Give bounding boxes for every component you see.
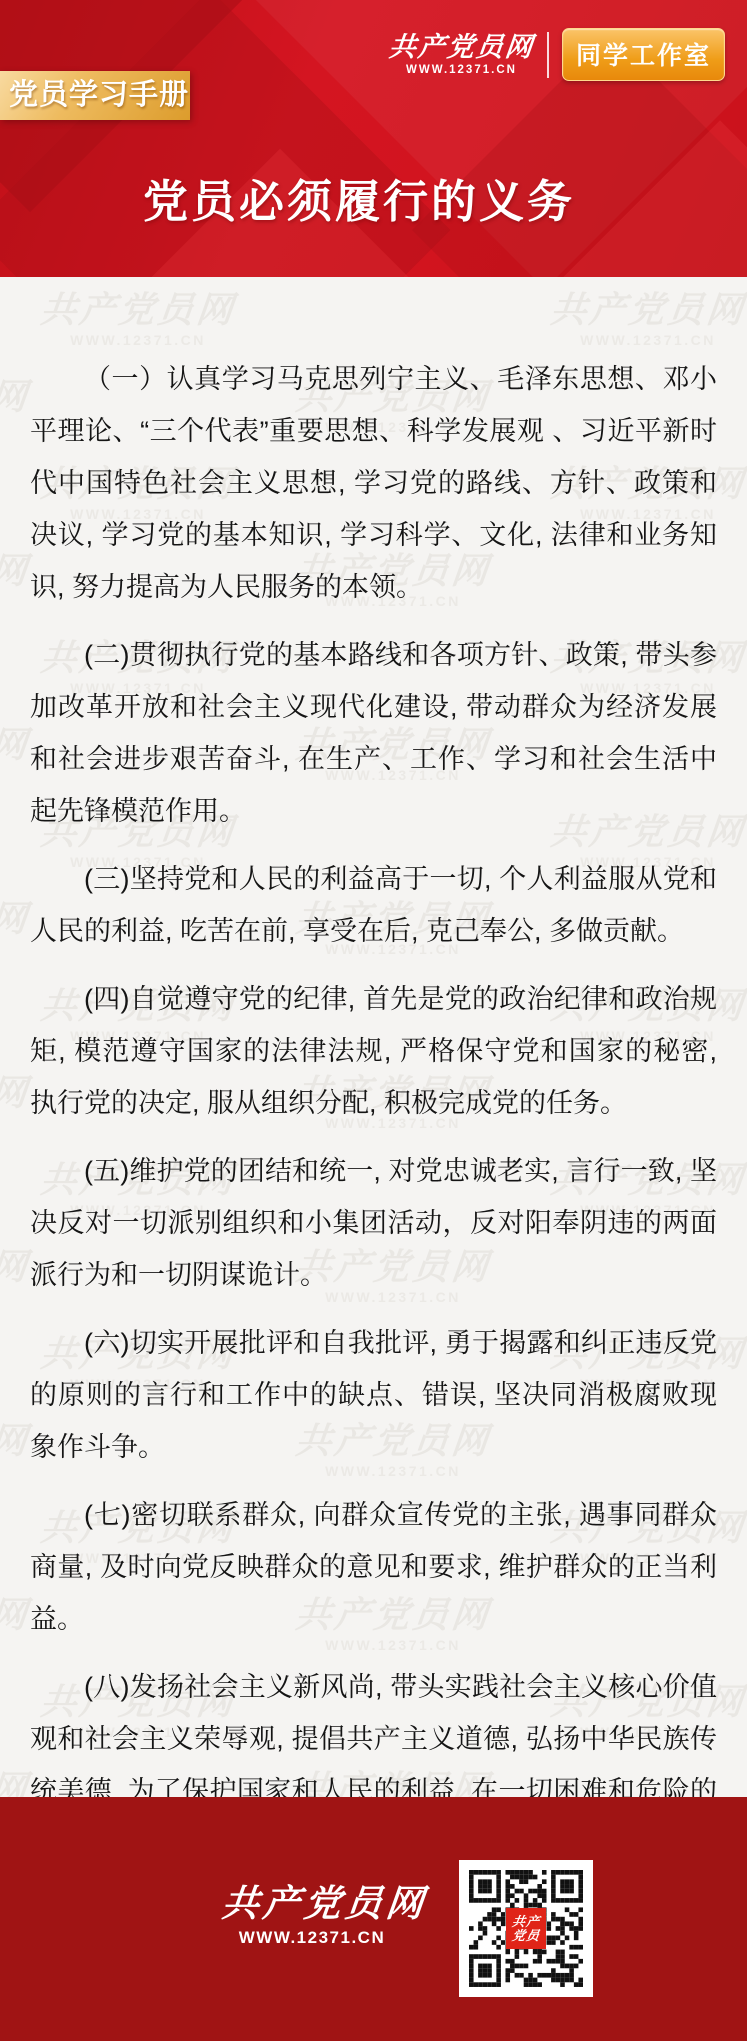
site-logo-url: WWW.12371.CN	[389, 64, 534, 76]
obligation-paragraph-1: （一）认真学习马克思列宁主义、毛泽东思想、邓小平理论、“三个代表”重要思想、科学…	[30, 353, 717, 613]
qr-code: 共产 党员	[459, 1860, 593, 1997]
site-logo-calligraphy: 共产党员网	[387, 33, 535, 61]
obligation-paragraph-3: (三)坚持党和人民的利益高于一切, 个人利益服从党和人民的利益, 吃苦在前, 享…	[30, 853, 717, 957]
qr-center-logo: 共产 党员	[506, 1908, 546, 1949]
obligation-paragraph-6: (六)切实开展批评和自我批评, 勇于揭露和纠正违反党的原则的言行和工作中的缺点、…	[30, 1317, 717, 1473]
header-banner: 共产党员网 WWW.12371.CN 同学工作室 党员学习手册 党员必须履行的义…	[0, 0, 747, 277]
obligation-paragraph-4: (四)自觉遵守党的纪律, 首先是党的政治纪律和政治规矩, 模范遵守国家的法律法规…	[30, 973, 717, 1129]
content-area: （一）认真学习马克思列宁主义、毛泽东思想、邓小平理论、“三个代表”重要思想、科学…	[0, 277, 747, 1885]
brand-block: 共产党员网 WWW.12371.CN 同学工作室	[389, 28, 725, 81]
obligation-paragraph-7: (七)密切联系群众, 向群众宣传党的主张, 遇事同群众商量, 及时向党反映群众的…	[30, 1489, 717, 1645]
obligation-paragraph-2: (二)贯彻执行党的基本路线和各项方针、政策, 带头参加改革开放和社会主义现代化建…	[30, 629, 717, 837]
page-title: 党员必须履行的义务	[0, 165, 718, 230]
studio-badge: 同学工作室	[562, 28, 725, 81]
party-member-site-logo: 共产党员网 WWW.12371.CN	[389, 33, 534, 76]
handbook-badge: 党员学习手册	[0, 71, 190, 120]
obligation-paragraph-5: (五)维护党的团结和统一, 对党忠诚老实, 言行一致, 坚决反对一切派别组织和小…	[30, 1145, 717, 1301]
footer-logo-calligraphy: 共产党员网	[220, 1885, 404, 1924]
poster-page: 共产党员网 WWW.12371.CN 同学工作室 党员学习手册 党员必须履行的义…	[0, 0, 747, 2041]
footer-logo-url: WWW.12371.CN	[222, 1928, 402, 1948]
brand-divider	[547, 32, 549, 78]
footer-site-logo: 共产党员网 WWW.12371.CN	[222, 1885, 402, 1948]
qr-center-text-1: 共产	[511, 1915, 541, 1929]
footer-banner: 共产党员网 WWW.12371.CN 共产 党员	[0, 1797, 747, 2041]
qr-center-text-2: 党员	[511, 1929, 541, 1943]
